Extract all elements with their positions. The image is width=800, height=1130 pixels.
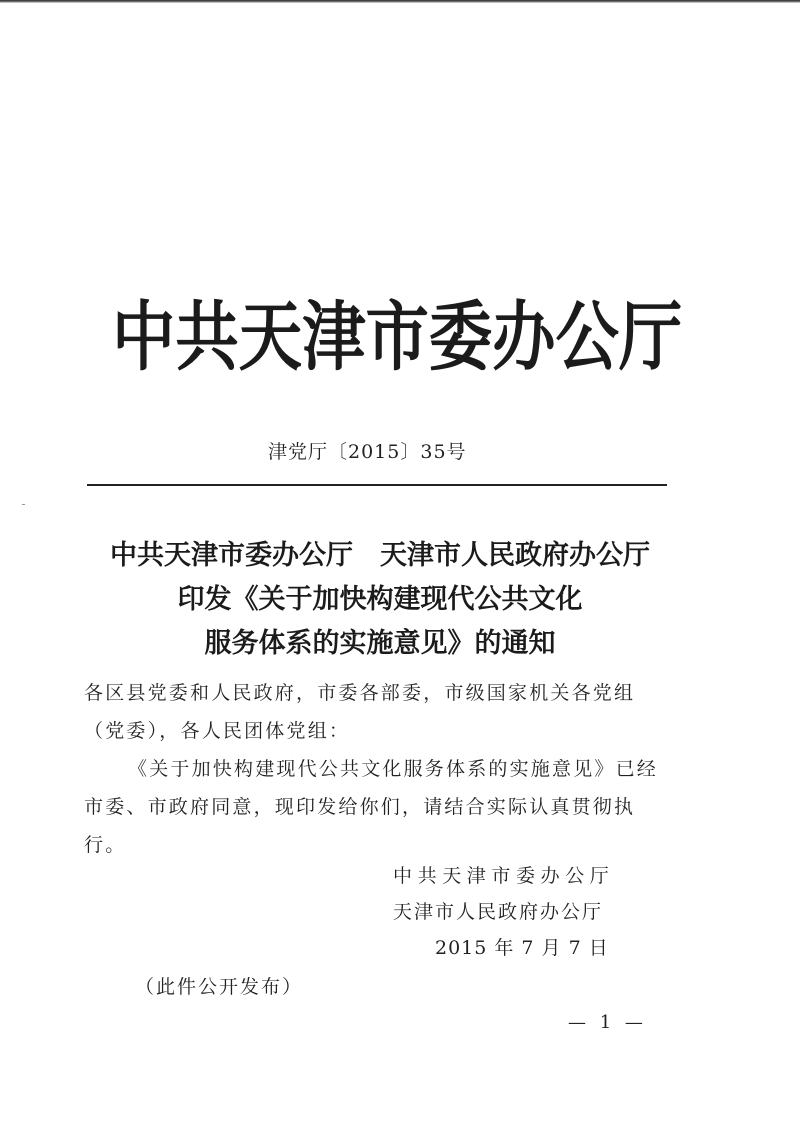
signature-block: 中共天津市委办公厅 天津市人民政府办公厅 2015 年 7 月 7 日 xyxy=(393,858,614,966)
scan-edge xyxy=(0,0,800,3)
title-line-1: 中共天津市委办公厅 天津市人民政府办公厅 xyxy=(0,534,760,578)
title-line-2: 印发《关于加快构建现代公共文化 xyxy=(0,578,760,622)
signature-date: 2015 年 7 月 7 日 xyxy=(393,930,614,966)
separator-rule xyxy=(87,484,667,486)
salutation: 各区县党委和人民政府，市委各部委，市级国家机关各党组（党委），各人民团体党组： xyxy=(84,674,664,750)
public-release-note: （此件公开发布） xyxy=(135,972,303,999)
scan-speck xyxy=(22,504,25,505)
document-number: 津党厅〔2015〕35号 xyxy=(268,437,467,464)
document-title: 中共天津市委办公厅 天津市人民政府办公厅 印发《关于加快构建现代公共文化 服务体… xyxy=(0,534,760,666)
body-paragraph: 《关于加快构建现代公共文化服务体系的实施意见》已经市委、市政府同意，现印发给你们… xyxy=(84,750,664,864)
title-line-3: 服务体系的实施意见》的通知 xyxy=(0,622,760,666)
signature-org-2: 天津市人民政府办公厅 xyxy=(393,894,614,930)
issuer-masthead: 中共天津市委办公厅 xyxy=(112,284,605,389)
signature-org-1: 中共天津市委办公厅 xyxy=(393,858,614,894)
page-number: — 1 — xyxy=(568,1012,647,1033)
